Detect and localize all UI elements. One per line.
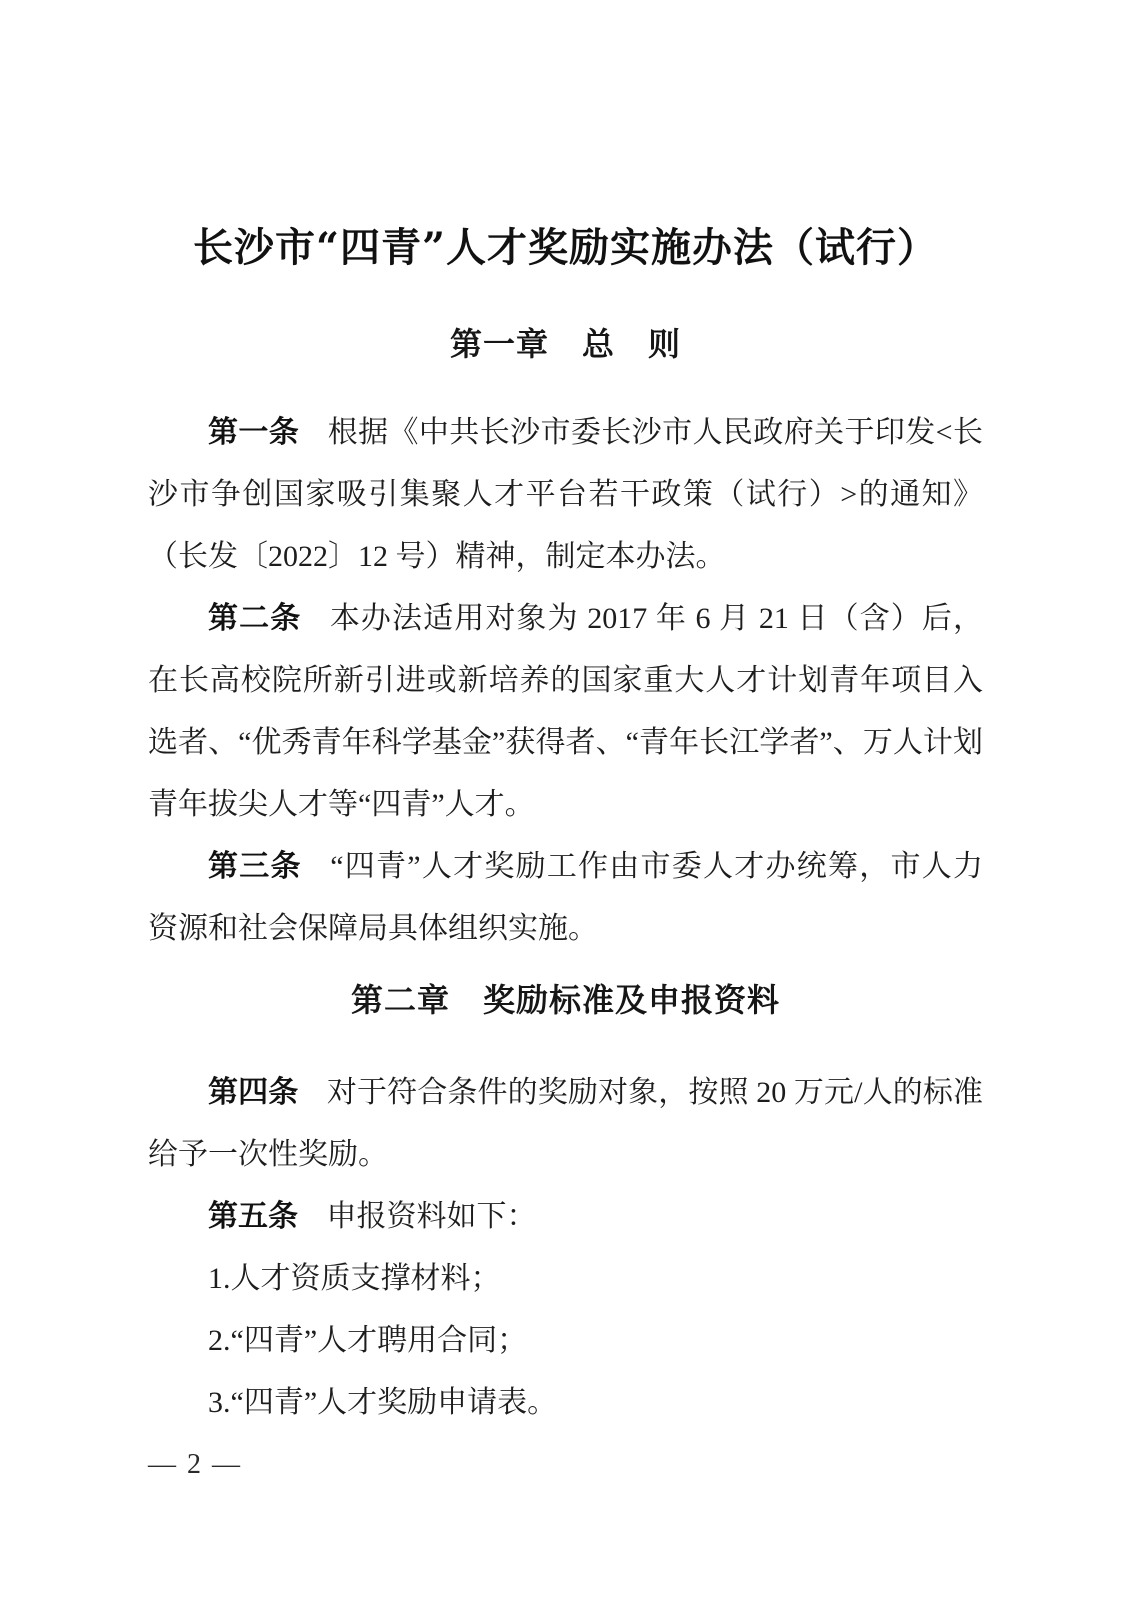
list-item-3: 3.“四青”人才奖励申请表。 (148, 1372, 983, 1434)
article-5-number: 第五条 (208, 1200, 298, 1233)
list-item-2: 2.“四青”人才聘用合同； (148, 1310, 983, 1372)
document-page: 长沙市“四青”人才奖励实施办法（试行） 第一章 总 则 第一条根据《中共长沙市委… (0, 0, 1131, 1600)
article-1-paragraph: 第一条根据《中共长沙市委长沙市人民政府关于印发<长沙市争创国家吸引集聚人才平台若… (148, 402, 983, 588)
article-2-number: 第二条 (208, 602, 301, 635)
list-item-2-text: 2.“四青”人才聘用合同； (208, 1324, 527, 1357)
chapter-1-heading: 第一章 总 则 (148, 324, 983, 364)
page-number: — 2 — (148, 1449, 242, 1480)
article-1-number: 第一条 (208, 416, 299, 449)
article-3-paragraph: 第三条“四青”人才奖励工作由市委人才办统筹，市人力资源和社会保障局具体组织实施。 (148, 836, 983, 960)
article-5-paragraph: 第五条申报资料如下： (148, 1186, 983, 1248)
article-4-paragraph: 第四条对于符合条件的奖励对象，按照 20 万元/人的标准给予一次性奖励。 (148, 1062, 983, 1186)
article-2-paragraph: 第二条本办法适用对象为 2017 年 6 月 21 日（含）后，在长高校院所新引… (148, 588, 983, 836)
chapter-2-heading: 第二章 奖励标准及申报资料 (148, 980, 983, 1020)
list-item-3-text: 3.“四青”人才奖励申请表。 (208, 1386, 557, 1419)
list-item-1: 1.人才资质支撑材料； (148, 1248, 983, 1310)
document-title: 长沙市“四青”人才奖励实施办法（试行） (148, 0, 983, 274)
article-4-number: 第四条 (208, 1076, 298, 1109)
page-footer: — 2 — (148, 1448, 242, 1482)
article-3-number: 第三条 (208, 850, 302, 883)
article-5-text: 申报资料如下： (327, 1200, 537, 1233)
list-item-1-text: 1.人才资质支撑材料； (208, 1262, 501, 1295)
